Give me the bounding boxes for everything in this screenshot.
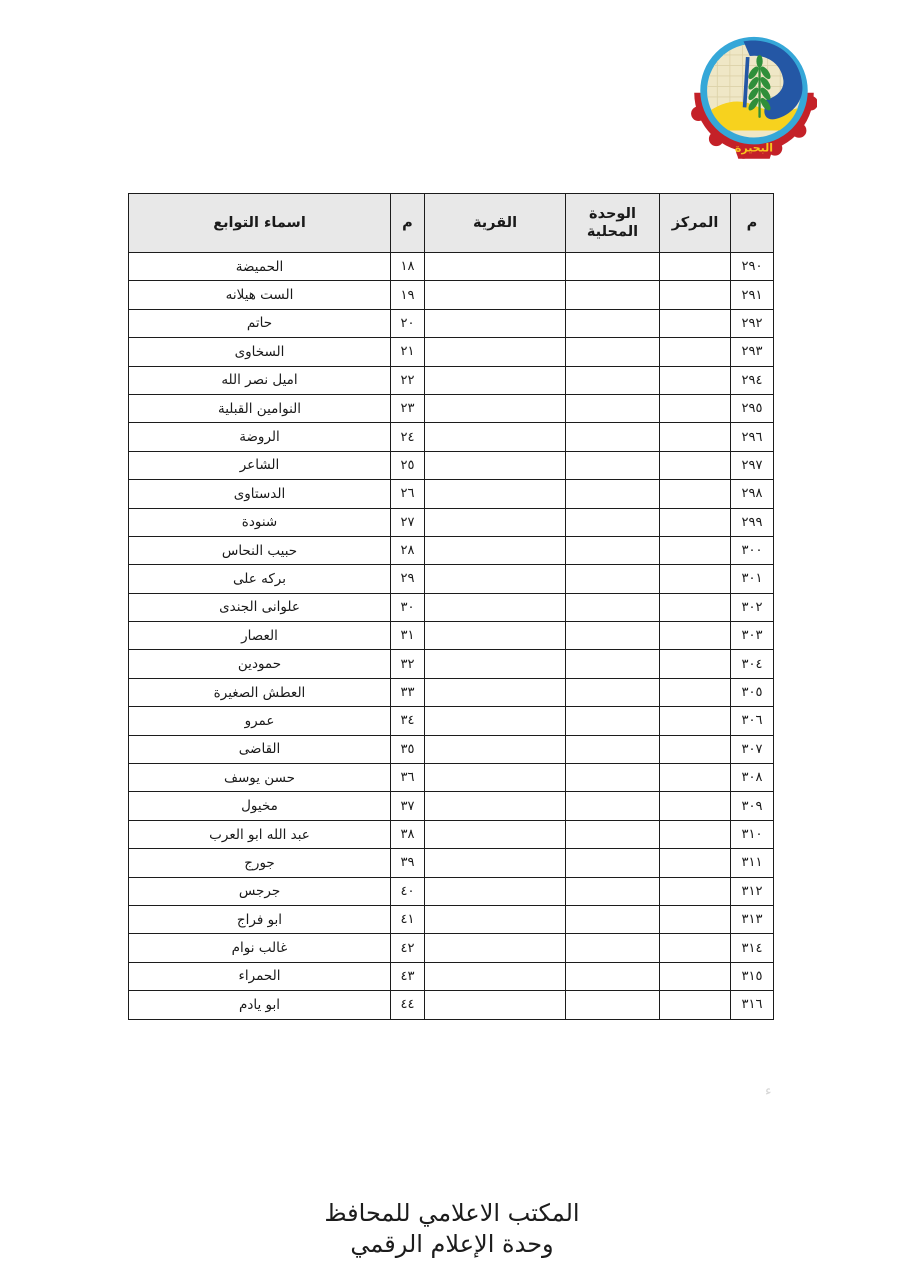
cell-local-unit (566, 253, 660, 281)
table-row: ٢٩٤ ٢٢ اميل نصر الله (129, 366, 774, 394)
cell-sub-serial: ٢٢ (391, 366, 425, 394)
cell-village (425, 366, 566, 394)
cell-dependent-name: ابو يادم (129, 991, 391, 1019)
cell-dependent-name: الحمراء (129, 962, 391, 990)
table-row: ٣٠٣ ٣١ العصار (129, 622, 774, 650)
cell-dependent-name: حبيب النحاس (129, 536, 391, 564)
cell-center (660, 707, 731, 735)
table-row: ٣٠١ ٢٩ بركه على (129, 565, 774, 593)
cell-village (425, 394, 566, 422)
cell-serial: ٣٠٢ (731, 593, 774, 621)
cell-local-unit (566, 366, 660, 394)
cell-center (660, 423, 731, 451)
cell-center (660, 338, 731, 366)
cell-village (425, 480, 566, 508)
table-row: ٢٩٦ ٢٤ الروضة (129, 423, 774, 451)
cell-local-unit (566, 338, 660, 366)
cell-sub-serial: ٣٥ (391, 735, 425, 763)
header-center: المركز (660, 194, 731, 253)
cell-serial: ٣٠٥ (731, 678, 774, 706)
cell-local-unit (566, 877, 660, 905)
table-row: ٢٩٣ ٢١ السخاوى (129, 338, 774, 366)
table-row: ٣٠٥ ٣٣ العطش الصغيرة (129, 678, 774, 706)
cell-serial: ٣٠٩ (731, 792, 774, 820)
cell-center (660, 480, 731, 508)
cell-center (660, 281, 731, 309)
cell-dependent-name: غالب نوام (129, 934, 391, 962)
table-header: م المركز الوحدة المحلية القرية م اسماء ا… (129, 194, 774, 253)
cell-center (660, 394, 731, 422)
cell-sub-serial: ٤٢ (391, 934, 425, 962)
cell-dependent-name: علوانى الجندى (129, 593, 391, 621)
cell-village (425, 678, 566, 706)
cell-village (425, 962, 566, 990)
table-row: ٣١١ ٣٩ جورج (129, 849, 774, 877)
cell-serial: ٢٩٧ (731, 451, 774, 479)
cell-serial: ٣١٦ (731, 991, 774, 1019)
cell-village (425, 820, 566, 848)
cell-dependent-name: مخيول (129, 792, 391, 820)
cell-village (425, 309, 566, 337)
table-row: ٢٩٨ ٢٦ الدستاوى (129, 480, 774, 508)
table-row: ٣١٤ ٤٢ غالب نوام (129, 934, 774, 962)
cell-local-unit (566, 820, 660, 848)
cell-serial: ٢٩٥ (731, 394, 774, 422)
cell-center (660, 508, 731, 536)
cell-local-unit (566, 281, 660, 309)
cell-center (660, 253, 731, 281)
header-village: القرية (425, 194, 566, 253)
cell-village (425, 508, 566, 536)
footer-line-2: وحدة الإعلام الرقمي (0, 1229, 904, 1260)
cell-sub-serial: ٢٧ (391, 508, 425, 536)
cell-village (425, 451, 566, 479)
cell-serial: ٢٩١ (731, 281, 774, 309)
cell-sub-serial: ٤٣ (391, 962, 425, 990)
cell-sub-serial: ١٩ (391, 281, 425, 309)
cell-serial: ٣٠١ (731, 565, 774, 593)
cell-center (660, 905, 731, 933)
cell-serial: ٣١٥ (731, 962, 774, 990)
cell-village (425, 253, 566, 281)
cell-local-unit (566, 451, 660, 479)
table-row: ٢٩٥ ٢٣ النوامين القبلية (129, 394, 774, 422)
table-row: ٣٠٤ ٣٢ حمودين (129, 650, 774, 678)
table-row: ٣٠٠ ٢٨ حبيب النحاس (129, 536, 774, 564)
cell-dependent-name: النوامين القبلية (129, 394, 391, 422)
cell-serial: ٣٠٦ (731, 707, 774, 735)
cell-sub-serial: ٣٧ (391, 792, 425, 820)
cell-village (425, 792, 566, 820)
cell-serial: ٢٩٠ (731, 253, 774, 281)
cell-sub-serial: ٣٢ (391, 650, 425, 678)
cell-sub-serial: ٣١ (391, 622, 425, 650)
table-body: ٢٩٠ ١٨ الحميضة ٢٩١ ١٩ الست هيلانه ٢٩٢ ٢٠… (129, 253, 774, 1020)
scan-artifact-mark: ء (765, 1083, 772, 1099)
cell-sub-serial: ٣٤ (391, 707, 425, 735)
cell-sub-serial: ٣٠ (391, 593, 425, 621)
cell-sub-serial: ٢٨ (391, 536, 425, 564)
cell-local-unit (566, 991, 660, 1019)
table-row: ٣٠٦ ٣٤ عمرو (129, 707, 774, 735)
cell-local-unit (566, 792, 660, 820)
cell-village (425, 650, 566, 678)
table-row: ٢٩١ ١٩ الست هيلانه (129, 281, 774, 309)
table-row: ٢٩٩ ٢٧ شنودة (129, 508, 774, 536)
cell-center (660, 849, 731, 877)
cell-sub-serial: ٢٦ (391, 480, 425, 508)
cell-serial: ٢٩٢ (731, 309, 774, 337)
table-row: ٣٠٨ ٣٦ حسن يوسف (129, 764, 774, 792)
cell-local-unit (566, 678, 660, 706)
cell-serial: ٣٠٧ (731, 735, 774, 763)
cell-local-unit (566, 650, 660, 678)
cell-local-unit (566, 536, 660, 564)
table-row: ٣١٣ ٤١ ابو فراج (129, 905, 774, 933)
cell-center (660, 678, 731, 706)
cell-local-unit (566, 480, 660, 508)
cell-serial: ٣٠٤ (731, 650, 774, 678)
cell-sub-serial: ٤٤ (391, 991, 425, 1019)
cell-sub-serial: ٤٠ (391, 877, 425, 905)
cell-serial: ٣٠٣ (731, 622, 774, 650)
cell-sub-serial: ٢١ (391, 338, 425, 366)
cell-dependent-name: حمودين (129, 650, 391, 678)
cell-local-unit (566, 735, 660, 763)
cell-village (425, 764, 566, 792)
table-row: ٣١٥ ٤٣ الحمراء (129, 962, 774, 990)
cell-dependent-name: الروضة (129, 423, 391, 451)
cell-center (660, 593, 731, 621)
table-row: ٢٩٧ ٢٥ الشاعر (129, 451, 774, 479)
cell-dependent-name: حاتم (129, 309, 391, 337)
cell-dependent-name: القاضى (129, 735, 391, 763)
header-local-unit: الوحدة المحلية (566, 194, 660, 253)
beheira-governorate-logo: البحيرة (691, 34, 817, 164)
page-footer: المكتب الاعلامي للمحافظ وحدة الإعلام الر… (0, 1198, 904, 1260)
cell-sub-serial: ٣٣ (391, 678, 425, 706)
cell-dependent-name: العطش الصغيرة (129, 678, 391, 706)
cell-serial: ٣٠٠ (731, 536, 774, 564)
cell-sub-serial: ٤١ (391, 905, 425, 933)
cell-serial: ٢٩٨ (731, 480, 774, 508)
cell-dependent-name: العصار (129, 622, 391, 650)
cell-dependent-name: عبد الله ابو العرب (129, 820, 391, 848)
cell-sub-serial: ٣٩ (391, 849, 425, 877)
cell-local-unit (566, 849, 660, 877)
cell-village (425, 338, 566, 366)
cell-dependent-name: اميل نصر الله (129, 366, 391, 394)
cell-village (425, 281, 566, 309)
cell-center (660, 735, 731, 763)
cell-local-unit (566, 394, 660, 422)
cell-dependent-name: السخاوى (129, 338, 391, 366)
cell-center (660, 934, 731, 962)
cell-sub-serial: ٣٨ (391, 820, 425, 848)
cell-sub-serial: ٢٣ (391, 394, 425, 422)
cell-village (425, 877, 566, 905)
cell-serial: ٢٩٩ (731, 508, 774, 536)
cell-village (425, 905, 566, 933)
cell-dependent-name: عمرو (129, 707, 391, 735)
cell-village (425, 565, 566, 593)
cell-center (660, 536, 731, 564)
cell-local-unit (566, 905, 660, 933)
cell-sub-serial: ٢٤ (391, 423, 425, 451)
cell-serial: ٢٩٦ (731, 423, 774, 451)
cell-village (425, 593, 566, 621)
cell-local-unit (566, 508, 660, 536)
cell-center (660, 565, 731, 593)
cell-local-unit (566, 764, 660, 792)
cell-serial: ٣١٤ (731, 934, 774, 962)
cell-local-unit (566, 565, 660, 593)
table-row: ٢٩٠ ١٨ الحميضة (129, 253, 774, 281)
cell-sub-serial: ٢٩ (391, 565, 425, 593)
cell-village (425, 622, 566, 650)
cell-serial: ٢٩٣ (731, 338, 774, 366)
cell-serial: ٣٠٨ (731, 764, 774, 792)
footer-line-1: المكتب الاعلامي للمحافظ (0, 1198, 904, 1229)
cell-local-unit (566, 423, 660, 451)
cell-local-unit (566, 962, 660, 990)
cell-dependent-name: جورج (129, 849, 391, 877)
cell-serial: ٣١٣ (731, 905, 774, 933)
cell-local-unit (566, 934, 660, 962)
cell-center (660, 792, 731, 820)
cell-center (660, 622, 731, 650)
scanned-document-page: البحيرة م المركز الوحدة المحلية القرية م… (0, 0, 904, 1280)
cell-center (660, 309, 731, 337)
cell-serial: ٢٩٤ (731, 366, 774, 394)
cell-center (660, 962, 731, 990)
cell-local-unit (566, 707, 660, 735)
table-row: ٣٠٩ ٣٧ مخيول (129, 792, 774, 820)
cell-village (425, 991, 566, 1019)
cell-dependent-name: الست هيلانه (129, 281, 391, 309)
cell-dependent-name: الشاعر (129, 451, 391, 479)
cell-local-unit (566, 622, 660, 650)
logo-label: البحيرة (735, 141, 773, 154)
cell-dependent-name: جرجس (129, 877, 391, 905)
cell-serial: ٣١١ (731, 849, 774, 877)
header-serial: م (731, 194, 774, 253)
villages-dependents-table: م المركز الوحدة المحلية القرية م اسماء ا… (128, 193, 774, 1020)
table-row: ٣٠٧ ٣٥ القاضى (129, 735, 774, 763)
table-header-row: م المركز الوحدة المحلية القرية م اسماء ا… (129, 194, 774, 253)
cell-sub-serial: ١٨ (391, 253, 425, 281)
cell-village (425, 707, 566, 735)
cell-dependent-name: شنودة (129, 508, 391, 536)
header-sub-serial: م (391, 194, 425, 253)
cell-village (425, 423, 566, 451)
cell-center (660, 820, 731, 848)
cell-dependent-name: بركه على (129, 565, 391, 593)
cell-sub-serial: ٢٠ (391, 309, 425, 337)
cell-center (660, 877, 731, 905)
cell-serial: ٣١٠ (731, 820, 774, 848)
cell-dependent-name: ابو فراج (129, 905, 391, 933)
header-dependents-names: اسماء التوابع (129, 194, 391, 253)
table-row: ٣١٠ ٣٨ عبد الله ابو العرب (129, 820, 774, 848)
cell-center (660, 366, 731, 394)
cell-village (425, 934, 566, 962)
cell-sub-serial: ٢٥ (391, 451, 425, 479)
cell-village (425, 735, 566, 763)
cell-sub-serial: ٣٦ (391, 764, 425, 792)
table-row: ٣١٢ ٤٠ جرجس (129, 877, 774, 905)
cell-center (660, 991, 731, 1019)
cell-dependent-name: حسن يوسف (129, 764, 391, 792)
table-row: ٣٠٢ ٣٠ علوانى الجندى (129, 593, 774, 621)
cell-village (425, 536, 566, 564)
table-row: ٣١٦ ٤٤ ابو يادم (129, 991, 774, 1019)
cell-center (660, 764, 731, 792)
cell-dependent-name: الدستاوى (129, 480, 391, 508)
cell-local-unit (566, 309, 660, 337)
cell-dependent-name: الحميضة (129, 253, 391, 281)
cell-local-unit (566, 593, 660, 621)
cell-center (660, 650, 731, 678)
table-row: ٢٩٢ ٢٠ حاتم (129, 309, 774, 337)
cell-center (660, 451, 731, 479)
cell-village (425, 849, 566, 877)
governorate-emblem-graphic: البحيرة (691, 34, 817, 164)
cell-serial: ٣١٢ (731, 877, 774, 905)
